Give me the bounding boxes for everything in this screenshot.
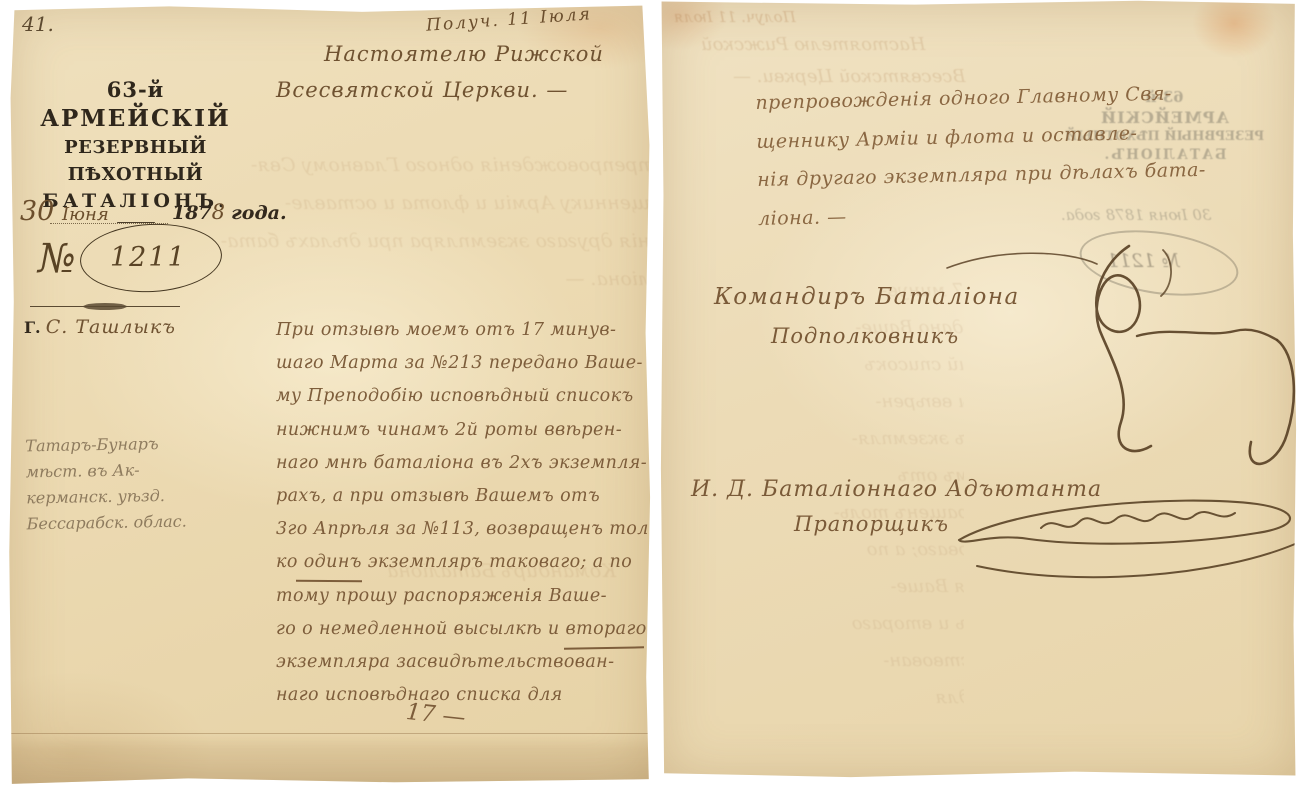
- text-line: ко одинъ экземпляръ таковаго; а по: [659, 531, 964, 568]
- text-line: При отзывѣ моемъ отъ 17 минув-: [276, 314, 646, 347]
- text-line: му Преподобію исповѣдный списокъ: [276, 380, 646, 413]
- letterhead-unit-number: 63-й: [23, 76, 248, 103]
- bleed-received-note: Получ. 11 Іюля: [674, 8, 796, 26]
- text-line: го о немедленной высылкѣ и втораго: [276, 613, 646, 646]
- adjutant-title: И. Д. Баталіоннаго Адъютанта: [691, 477, 1102, 502]
- left-page: препровожденія одного Главному Свя-щенни…: [8, 4, 652, 787]
- received-note: Получ. 11 Іюля: [426, 4, 593, 36]
- text-line: го о немедленной высылкѣ и втораго: [659, 605, 964, 642]
- margin-note: Татаръ-Бунаръмѣст. въ Ак-керманск. уѣзд.…: [25, 431, 187, 538]
- body-text: При отзывѣ моемъ отъ 17 минув-шаго Марта…: [276, 314, 646, 712]
- date-dotted-rule: [50, 198, 168, 224]
- text-line: экземпляра засвидѣтельствован-: [276, 646, 646, 679]
- text-line: наго мнѣ баталіона въ 2хъ экземпля-: [659, 420, 964, 457]
- letterhead-reserve-infantry: РЕЗЕРВНЫЙ ПѢХОТНЫЙ: [23, 134, 248, 188]
- letterhead-army: АРМЕЙСКІЙ: [23, 103, 248, 134]
- text-line: ліона. —: [258, 260, 650, 298]
- text-line: наго мнѣ баталіона въ 2хъ экземпля-: [276, 447, 646, 480]
- text-line: керманск. уѣзд.: [26, 483, 187, 512]
- bleed-addressee-1: Настоятелю Рижской: [701, 34, 926, 55]
- text-line: щеннику Арміи и флота и оставле-: [258, 184, 650, 222]
- text-line: экземпляра засвидѣтельствован-: [659, 642, 964, 679]
- rule-ornament: [82, 303, 128, 310]
- place-line: Г. С. Ташлыкъ: [24, 316, 176, 338]
- fold-shadow: [8, 733, 652, 787]
- place-written: С. Ташлыкъ: [46, 316, 176, 338]
- ornamental-rule: [30, 302, 180, 312]
- addressee-line-2: Всесвятской Церкви. —: [276, 78, 568, 102]
- number-sign: №: [38, 236, 76, 282]
- commander-title: Командиръ Баталіона: [714, 284, 1020, 310]
- commander-rank: Подполковникъ: [771, 324, 959, 348]
- adjutant-signature: [959, 501, 1295, 578]
- text-line: Татаръ-Бунаръ: [25, 431, 186, 460]
- text-line: му Преподобію исповѣдный списокъ: [659, 346, 964, 383]
- text-line: нижнимъ чинамъ 2й роты ввѣрен-: [659, 383, 964, 420]
- text-line: нижнимъ чинамъ 2й роты ввѣрен-: [276, 414, 646, 447]
- bleed-number: № 1211: [1107, 250, 1179, 272]
- text-line: мѣст. въ Ак-: [26, 457, 187, 486]
- continuation-text: препровожденія одного Главному Свя-щенни…: [755, 72, 1300, 238]
- date-year: 1878 года.: [172, 200, 287, 224]
- text-line: нія другаго экземпляра при дѣлахъ бата-: [258, 222, 650, 260]
- adjutant-rank: Прапорщикъ: [794, 512, 949, 536]
- page-turn-mark: 17 —: [405, 699, 467, 731]
- text-line: наго исповѣднаго списка для: [659, 679, 964, 716]
- text-line: тому прошу распоряженія Ваше-: [659, 568, 964, 605]
- date-year-suffix: года.: [231, 202, 287, 224]
- date-year-printed: 187: [172, 202, 212, 224]
- text-line: препровожденія одного Главному Свя-: [258, 146, 650, 184]
- number-value: 1211: [110, 242, 187, 273]
- text-line: ко одинъ экземпляръ таковаго; а по: [276, 546, 646, 579]
- document-scan: препровожденія одного Главному Свя-щенни…: [0, 0, 1300, 791]
- right-page: Получ. 11 Іюля Настоятелю Рижской Всесвя…: [659, 0, 1298, 781]
- addressee-line-1: Настоятелю Рижской: [324, 42, 604, 66]
- folio-number: 41.: [22, 12, 54, 36]
- text-line: 3го Апрѣля за №113, возвращенъ толь-: [276, 513, 646, 546]
- text-line: рахъ, а при отзывѣ Вашемъ отъ: [276, 480, 646, 513]
- date-year-digit: 8: [212, 200, 225, 224]
- text-line: шаго Марта за №213 передано Ваше-: [276, 347, 646, 380]
- place-printed-label: Г.: [24, 318, 41, 337]
- text-line: Бессарабск. облас.: [26, 509, 187, 538]
- text-line: тому прошу распоряженія Ваше-: [276, 580, 646, 613]
- bleed-through-text: препровожденія одного Главному Свя-щенни…: [258, 146, 650, 298]
